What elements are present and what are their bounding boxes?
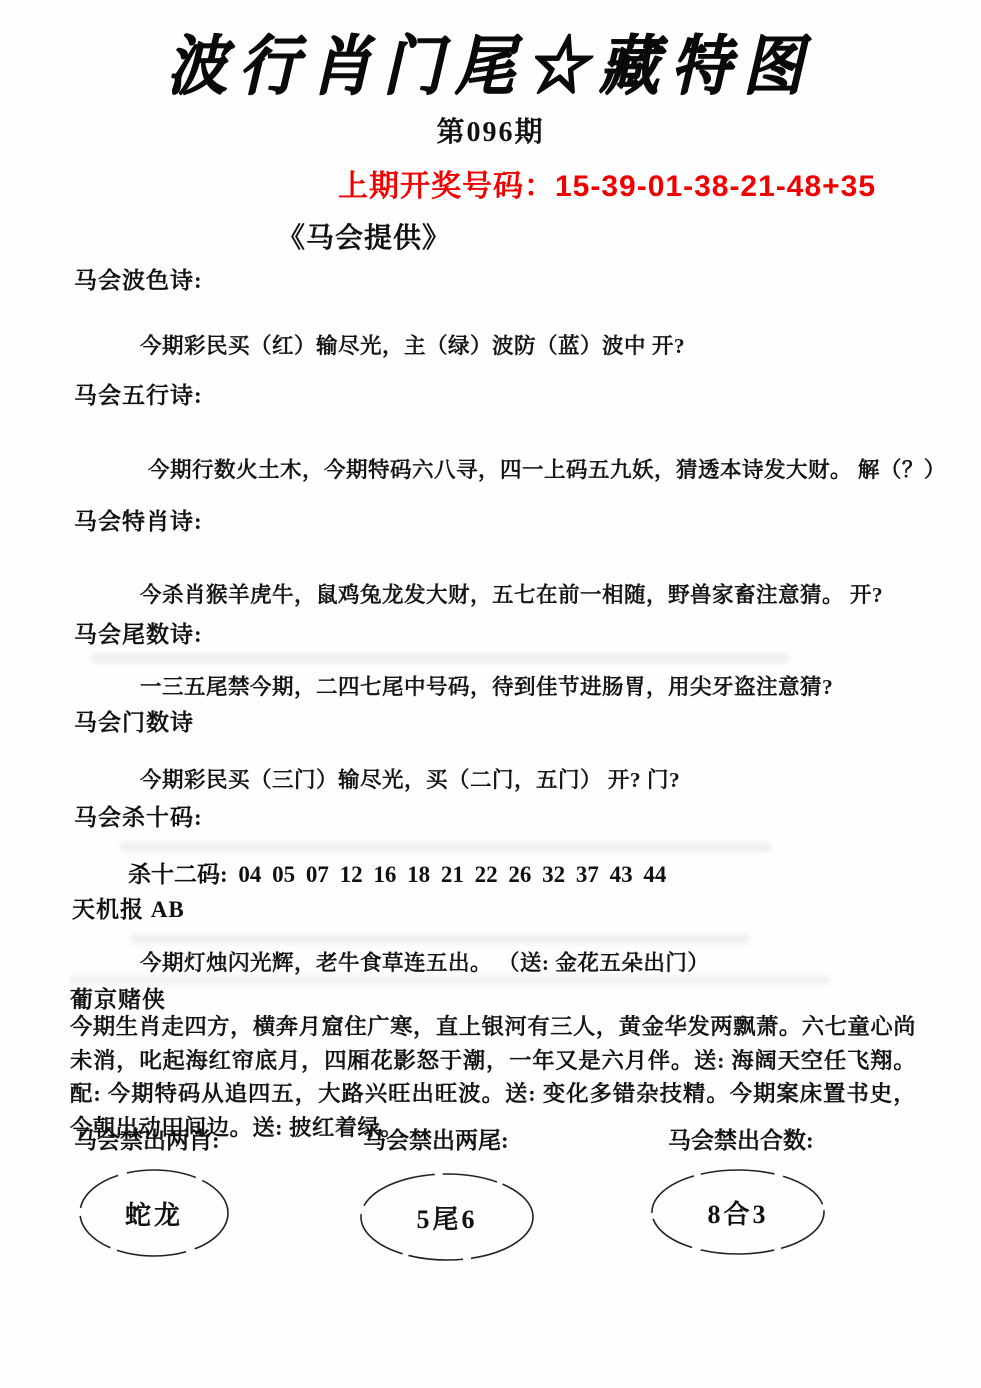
section-poem-texiao: 今杀肖猴羊虎牛，鼠鸡兔龙发大财，五七在前一相随，野兽家畜注意猜。 开?	[140, 578, 883, 609]
section-header-texiao: 马会特肖诗:	[74, 503, 203, 536]
ban-label-sum: 马会禁出合数:	[668, 1122, 814, 1155]
ban-value-tail: 5尾6	[357, 1170, 537, 1264]
ban-oval-tail: 5尾6	[357, 1170, 537, 1264]
section-header-wuxing: 马会五行诗:	[74, 377, 203, 410]
section-poem-weishu: 一三五尾禁今期，二四七尾中号码，待到佳节进肠胃，用尖牙盗注意猜?	[140, 670, 833, 701]
section-header-tianjibao: 天机报 AB	[72, 891, 185, 924]
ban-label-zodiac: 马会禁出两肖:	[74, 1122, 220, 1155]
ban-value-zodiac: 蛇龙	[76, 1166, 232, 1260]
section-poem-bose: 今期彩民买（红）输尽光，主（绿）波防（蓝）波中 开?	[140, 329, 685, 360]
scan-artifact	[120, 842, 770, 852]
provider-label: 《马会提供》	[277, 216, 451, 256]
section-poem-wuxing: 今期行数火土木，今期特码六八寻，四一上码五九妖，猜透本诗发大财。 解（？）	[148, 453, 946, 484]
page-title: 波行肖门尾☆藏特图	[0, 15, 981, 108]
scan-artifact	[70, 976, 830, 984]
ban-value-sum: 8合3	[648, 1166, 828, 1258]
scan-artifact	[130, 934, 750, 944]
last-draw-numbers: 上期开奖号码：15-39-01-38-21-48+35	[338, 161, 876, 205]
kill-codes-line: 杀十二码: 04 05 07 12 16 18 21 22 26 32 37 4…	[128, 856, 666, 889]
section-header-shashima: 马会杀十码:	[74, 799, 203, 832]
ban-oval-zodiac: 蛇龙	[76, 1166, 232, 1260]
section-poem-menshu: 今期彩民买（三门）输尽光，买（二门，五门） 开? 门?	[140, 763, 680, 794]
ban-oval-sum: 8合3	[648, 1166, 828, 1258]
section-header-bose: 马会波色诗:	[74, 262, 203, 295]
section-header-weishu: 马会尾数诗:	[74, 616, 203, 649]
lottery-tip-sheet: 波行肖门尾☆藏特图 第096期 上期开奖号码：15-39-01-38-21-48…	[0, 0, 981, 1388]
section-poem-tianjibao: 今期灯烛闪光辉，老牛食草连五出。 （送: 金花五朵出门）	[140, 946, 709, 977]
issue-number: 第096期	[0, 110, 981, 150]
section-header-menshu: 马会门数诗	[74, 704, 194, 737]
scan-artifact	[90, 653, 790, 663]
ban-label-tail: 马会禁出两尾:	[363, 1122, 509, 1155]
